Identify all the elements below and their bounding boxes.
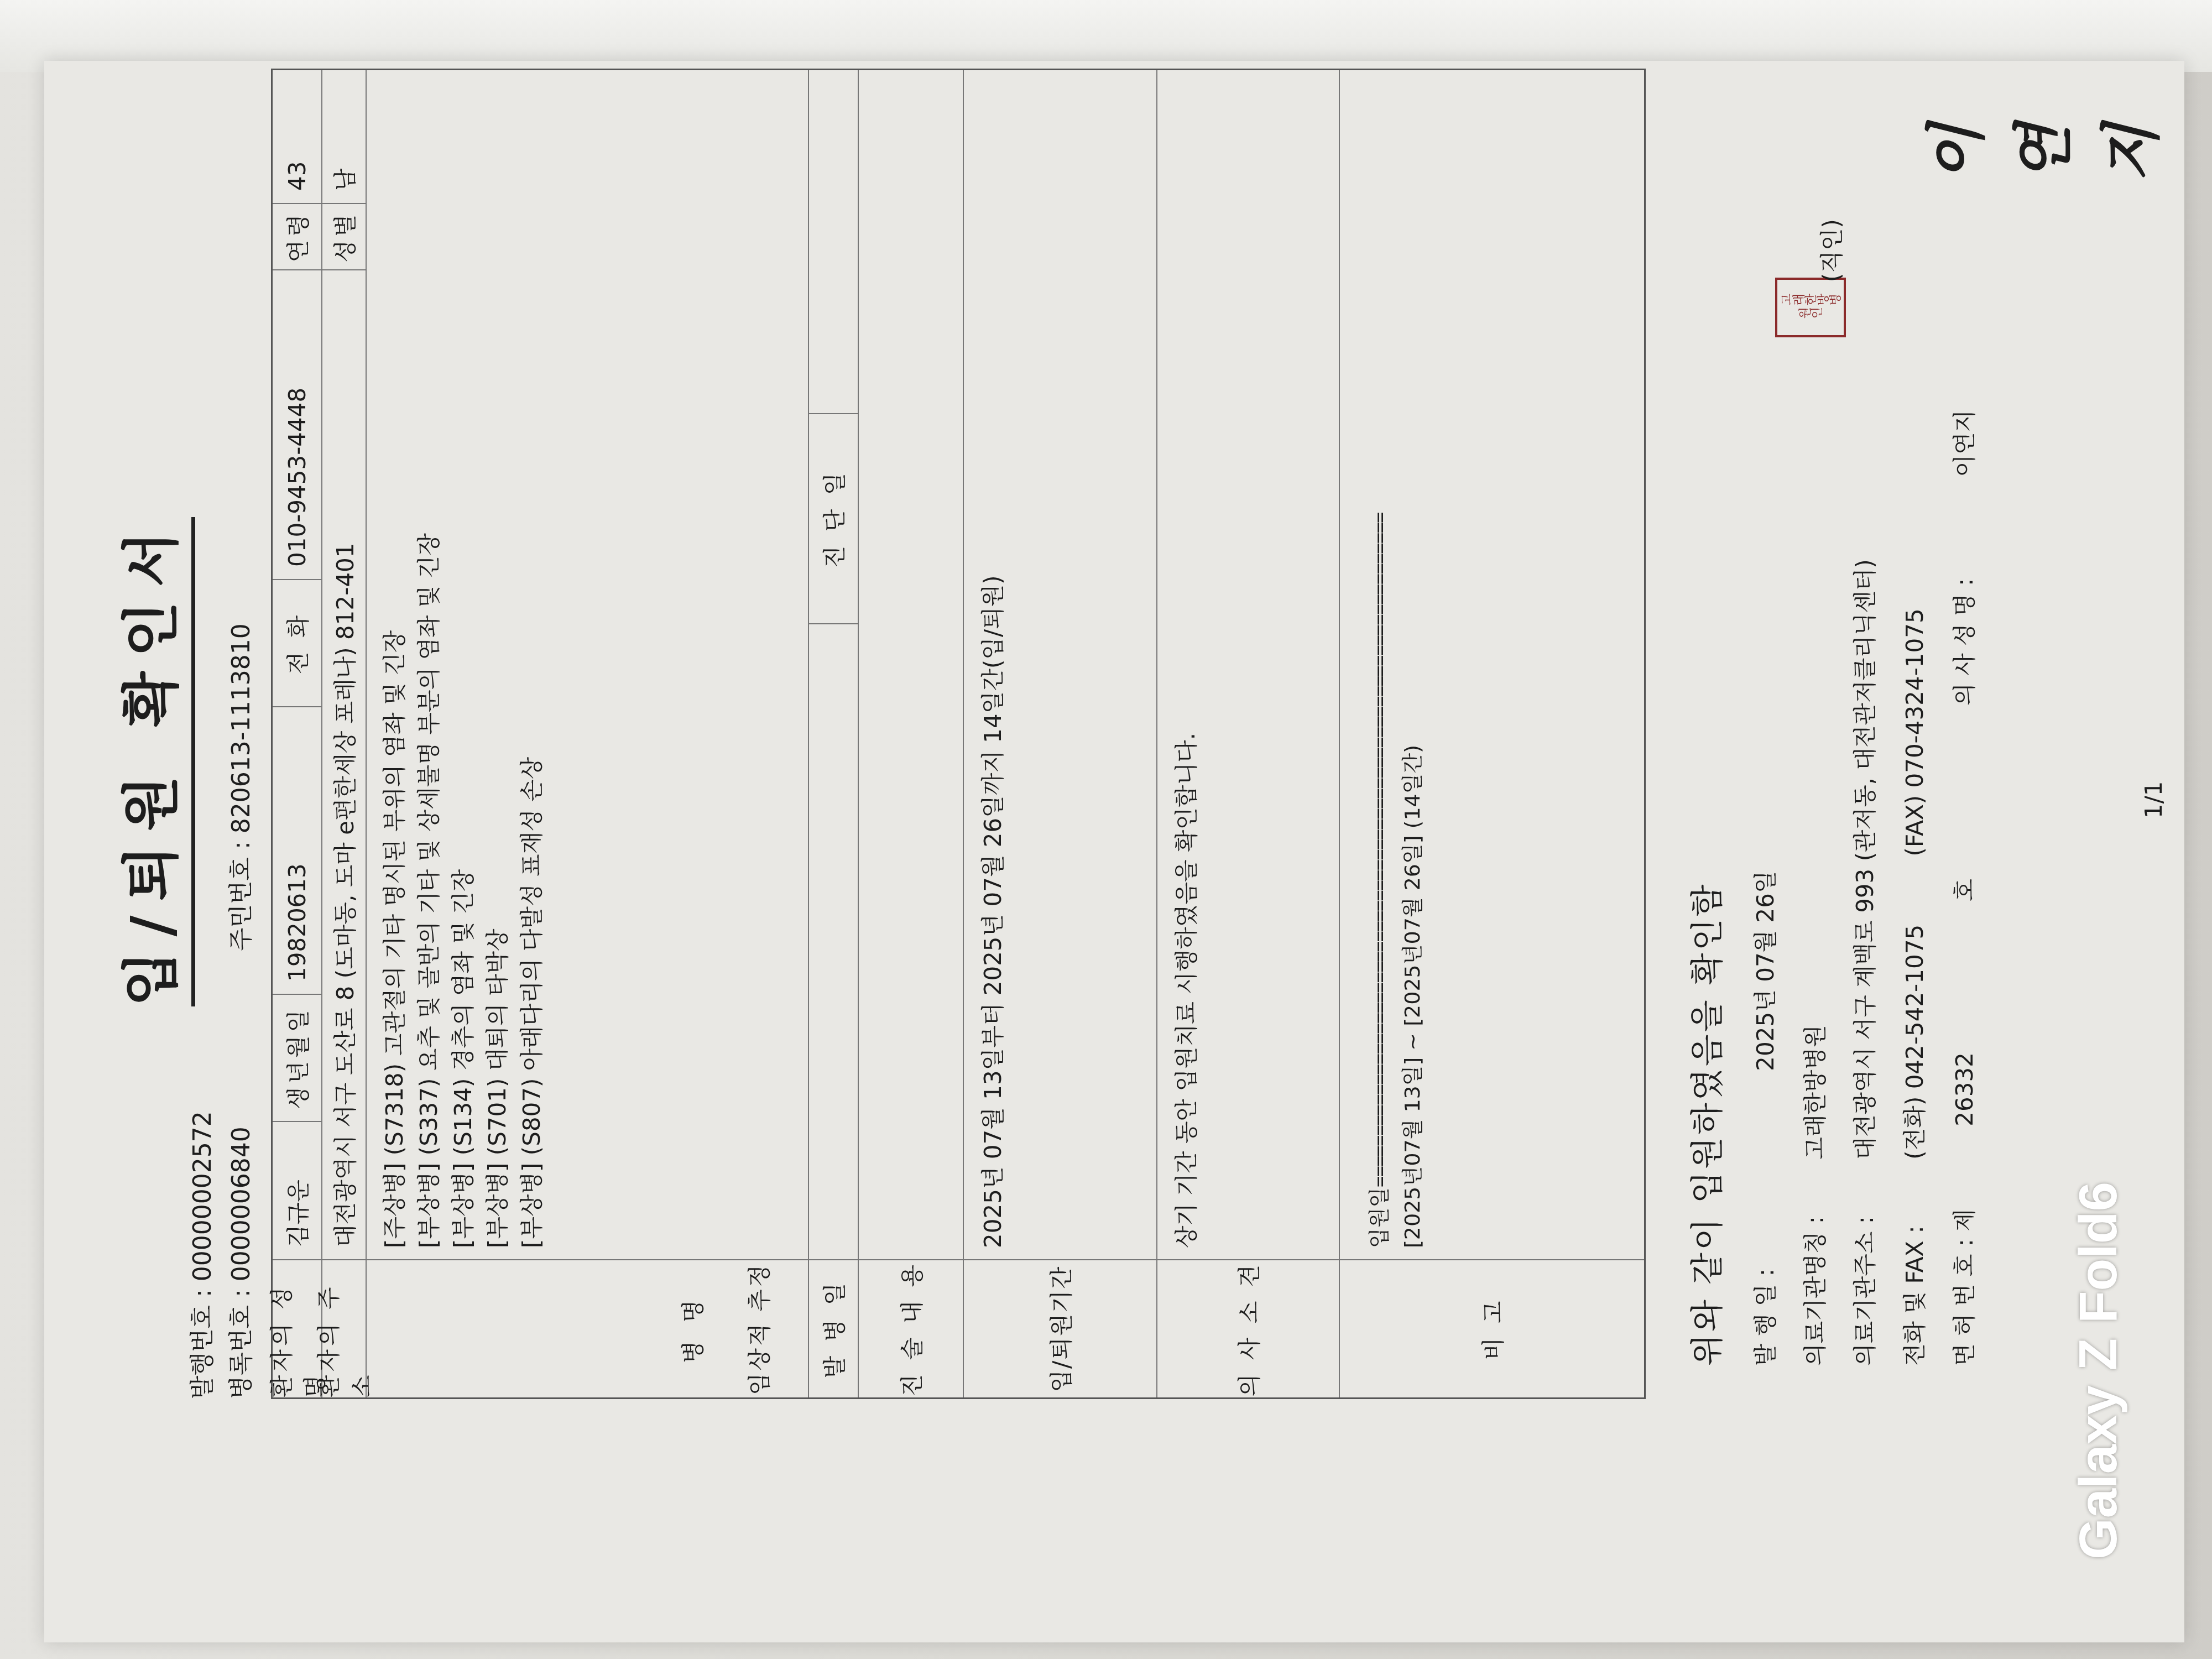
record-number-value: 0000006840 [227, 1126, 255, 1281]
diagnosis-item: [부상병] (S134) 경추의 염좌 및 긴장 [446, 533, 481, 1248]
issue-number-value: 00000002572 [189, 1111, 217, 1281]
phone-label: 전 화 [273, 579, 321, 706]
issue-date: 2025년 07월 26일 [1752, 870, 1779, 1071]
row-patient-basic: 환자의 성명 김규운 생년월일 19820613 전 화 010-9453-44… [273, 70, 322, 1397]
phone-fax-label: 전화 및 FAX : [1897, 1167, 1930, 1366]
institution-label: 의료기관명칭 : [1797, 1167, 1830, 1366]
diagnosis-item: [부상병] (S337) 요추 및 골반의 기타 및 상세불명 부분의 염좌 및… [412, 533, 446, 1248]
diagnosis-item: [주상병] (S7318) 고관절의 기타 명시된 부위의 염좌 및 긴장 [378, 533, 412, 1248]
admission-confirmation-document: 입/퇴원 확인서 발행번호 : 00000002572 병록번호 : 00000… [0, 0, 2212, 1659]
institution-phone: (전화) 042-542-1075 [1901, 925, 1928, 1160]
hospital-seal-stamp: 고래한방병원인 [1775, 278, 1846, 337]
diagnosis-label-cell: 병 명 임상적 추정 [367, 1259, 808, 1397]
row-diagnosis: 병 명 임상적 추정 [주상병] (S7318) 고관절의 기타 명시된 부위의… [367, 70, 809, 1397]
institution-address-label: 의료기관주소 : [1847, 1167, 1880, 1366]
diagnosis-item: [부상병] (S807) 아래다리의 다발성 표재성 손상 [515, 533, 549, 1248]
institution-name: 고래한방병원 [1802, 1025, 1829, 1159]
surgery-label: 진 술 내 용 [859, 1259, 963, 1397]
record-number: 병록번호 : 0000006840 [221, 1126, 257, 1399]
dashed-separator: ========================================… [1369, 513, 1391, 1187]
doctor-signature: 이 연 지 [1908, 72, 2170, 182]
period-label: 입/퇴원기간 [964, 1259, 1156, 1397]
row-patient-address: 환자의 주소 대전광역시 서구 도산로 8 (도마동, 도마 e편한세상 포레나… [322, 70, 367, 1397]
address-label: 환자의 주소 [322, 1259, 366, 1397]
opinion-label: 의 사 소 견 [1157, 1259, 1339, 1397]
institution-fax: (FAX) 070-4324-1075 [1901, 608, 1928, 856]
surgery-value [859, 70, 963, 1259]
patient-phone: 010-9453-4448 [273, 269, 321, 579]
diagnosis-date-label: 진 단 일 [809, 413, 858, 623]
doctor-opinion: 상기 기간 동안 입원치료 시행하였음을 확인합니다. [1168, 733, 1202, 1248]
row-opinion: 의 사 소 견 상기 기간 동안 입원치료 시행하였음을 확인합니다. [1157, 70, 1340, 1397]
patient-address: 대전광역시 서구 도산로 8 (도마동, 도마 e편한세상 포레나) 812-4… [322, 269, 366, 1259]
issue-date-row: 발 행 일 : 2025년 07월 26일 [1747, 870, 1781, 1366]
doctor-name: 이연지 [1951, 410, 1978, 477]
resident-number-value: 820613-1113810 [227, 623, 255, 833]
seal-label: (직인) [1814, 219, 1847, 282]
issue-number: 발행번호 : 00000002572 [182, 1111, 218, 1399]
institution-row: 의료기관명칭 : 고래한방병원 [1797, 1025, 1830, 1366]
row-remarks: 비 고 입원일=================================… [1340, 70, 1644, 1397]
issue-date-label: 발 행 일 : [1747, 1167, 1781, 1366]
admission-date-prefix: 입원일 [1367, 1187, 1391, 1248]
institution-address-row: 의료기관주소 : 대전광역시 서구 계백로 993 (관저동, 대전관저클리닉센… [1847, 559, 1880, 1366]
license-suffix: 호 [1951, 879, 1978, 901]
patient-age: 43 [273, 70, 321, 203]
diagnosis-item: [부상병] (S701) 대퇴의 타박상 [481, 533, 515, 1248]
age-label: 연령 [273, 203, 321, 269]
row-surgery: 진 술 내 용 [859, 70, 964, 1397]
license-number: 26332 [1951, 1052, 1978, 1126]
diagnosis-list: [주상병] (S7318) 고관절의 기타 명시된 부위의 염좌 및 긴장 [부… [378, 533, 549, 1248]
doctor-name-label: 의 사 성 명 : [1951, 578, 1978, 706]
patient-name: 김규운 [273, 1121, 321, 1259]
diagnosis-label: 병 명 [675, 1295, 708, 1364]
record-number-label: 병록번호 : [227, 1289, 255, 1399]
remarks-line-2: [2025년07월 13일] ~ [2025년07월 26일] (14일간) [1395, 745, 1426, 1248]
diagnosis-date [809, 70, 858, 413]
onset-value [809, 623, 858, 1259]
sex-label: 성별 [322, 203, 366, 269]
admission-period: 2025년 07월 13일부터 2025년 07월 26일까지 14일간(입/퇴… [975, 575, 1008, 1248]
patient-sex: 남 [322, 70, 366, 203]
remarks-label: 비 고 [1340, 1259, 1644, 1397]
confirmation-statement: 위와 같이 입원하였음을 확인함 [1681, 882, 1729, 1366]
onset-label: 발 병 일 [809, 1259, 858, 1397]
birth-label: 생년월일 [273, 994, 321, 1121]
camera-watermark: Galaxy Z Fold6 [2068, 1182, 2129, 1559]
row-onset: 발 병 일 진 단 일 [809, 70, 859, 1397]
clinical-estimate-label: 임상적 추정 [742, 1262, 775, 1395]
resident-number: 주민번호 : 820613-1113810 [221, 623, 257, 951]
row-period: 입/퇴원기간 2025년 07월 13일부터 2025년 07월 26일까지 1… [964, 70, 1157, 1397]
page-number: 1/1 [2140, 781, 2167, 818]
institution-address: 대전광역시 서구 계백로 993 (관저동, 대전관저클리닉센터) [1851, 559, 1879, 1160]
license-row: 면 허 번 호 : 제 26332 호 의 사 성 명 : 이연지 [1947, 410, 1980, 1366]
phone-fax-row: 전화 및 FAX : (전화) 042-542-1075 (FAX) 070-4… [1897, 608, 1930, 1366]
patient-info-table: 환자의 성명 김규운 생년월일 19820613 전 화 010-9453-44… [271, 69, 1646, 1399]
patient-birth: 19820613 [273, 706, 321, 994]
license-label: 면 허 번 호 : 제 [1947, 1167, 1980, 1366]
remarks-line-1: 입원일=====================================… [1362, 513, 1392, 1248]
issue-number-label: 발행번호 : [189, 1289, 217, 1399]
resident-number-label: 주민번호 : [227, 841, 255, 951]
document-title: 입/퇴원 확인서 [105, 517, 195, 1006]
